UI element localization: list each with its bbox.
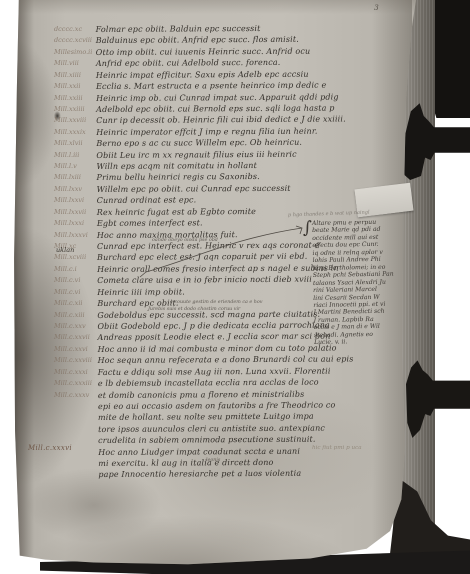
margin-year: dcccc.xcviii xyxy=(54,35,100,46)
interlinear-gloss-c: Jurebis suis et dodo chostim coruu vir xyxy=(148,307,240,312)
year-column: dcccc.xcdcccc.xcviiiMillesimo.iiMill.vii… xyxy=(54,24,100,401)
margin-year: Mill.xxxix xyxy=(54,127,100,138)
margin-year: Mill.lxxxi xyxy=(54,218,100,229)
manuscript-line: pape Innocentio heresiarche pet a luos v… xyxy=(98,467,418,480)
margin-year: Mill.c.vi xyxy=(54,275,100,286)
margin-word: uklan xyxy=(56,246,74,254)
margin-year: Mill.lxiii xyxy=(54,172,100,183)
margin-year: Mill.xxiiii xyxy=(54,104,100,115)
interlinear-gloss-leonis: leonis xyxy=(206,458,220,463)
margin-year: Mill.c.xii xyxy=(54,298,100,309)
interlinear-gloss-a: oande obeyo oioda pse obd xyxy=(152,238,218,243)
margin-year: Mill.xxiii xyxy=(54,93,100,104)
margin-year: Mill.viii xyxy=(54,58,100,69)
margin-year: dcccc.xc xyxy=(54,24,100,35)
margin-year: Mill.c.xiii xyxy=(54,310,100,321)
margin-year: Mill.c.xxxi xyxy=(54,367,100,378)
margin-year: Mill.c.xxviii xyxy=(54,355,100,366)
manuscript-photo: 3 dcccc.xcdcccc.xcviiiMillesimo.iiMill.v… xyxy=(0,0,470,574)
margin-year: Mill.c.xxvii xyxy=(54,332,100,343)
margin-year: Mill.l.iii xyxy=(54,150,100,161)
margin-year: Mill.c.xxxiii xyxy=(54,378,100,389)
marginal-note: Altare pmu e perpuubeate Marie qd pdi ad… xyxy=(312,218,426,347)
faded-marginal-note: hic fiut pmi p uca xyxy=(312,445,362,451)
margin-year: Millesimo.ii xyxy=(54,47,100,58)
margin-year: Mill.c.i xyxy=(54,264,100,275)
margin-year: Mill.c.xxvi xyxy=(54,344,100,355)
margin-year: Mill.c.vi xyxy=(54,287,100,298)
margin-year: Mill.xcviii xyxy=(54,252,100,263)
margin-year: Mill.lxxvii xyxy=(54,207,100,218)
page-number: 3 xyxy=(374,3,379,12)
gutter-shadow xyxy=(0,0,34,574)
insertion-mark: ∫ xyxy=(303,218,312,238)
margin-year: Mill.xxviii xyxy=(54,115,100,126)
top-shadow xyxy=(0,0,470,14)
interlinear-gloss-b: e couute gestim de eriendem ca e hov xyxy=(170,300,262,305)
margin-year: Mill.lxxxvi xyxy=(54,230,100,241)
red-year-label: Mill.c.xxxvi xyxy=(28,444,72,452)
margin-year: Mill.lxxv xyxy=(54,184,100,195)
margin-year: Mill.xiiii xyxy=(54,70,100,81)
margin-year: Mill.lxxvi xyxy=(54,195,100,206)
margin-year: Mill.xlvii xyxy=(54,138,100,149)
margin-year: Mill.xxii xyxy=(54,81,100,92)
margin-year: Mill.l.v xyxy=(54,161,100,172)
margin-year: Mill.c.xxv xyxy=(54,321,100,332)
margin-year: Mill.c.xxxv xyxy=(54,390,100,401)
